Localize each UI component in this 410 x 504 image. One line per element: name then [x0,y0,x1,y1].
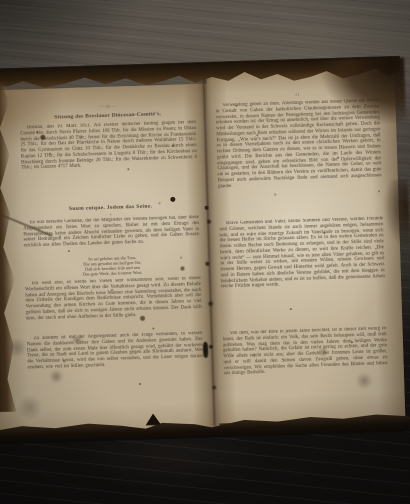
photo-vignette [0,0,410,504]
photo-scene: — 30 — Sitzung des Breslauer Diöcesan-Co… [0,0,410,504]
